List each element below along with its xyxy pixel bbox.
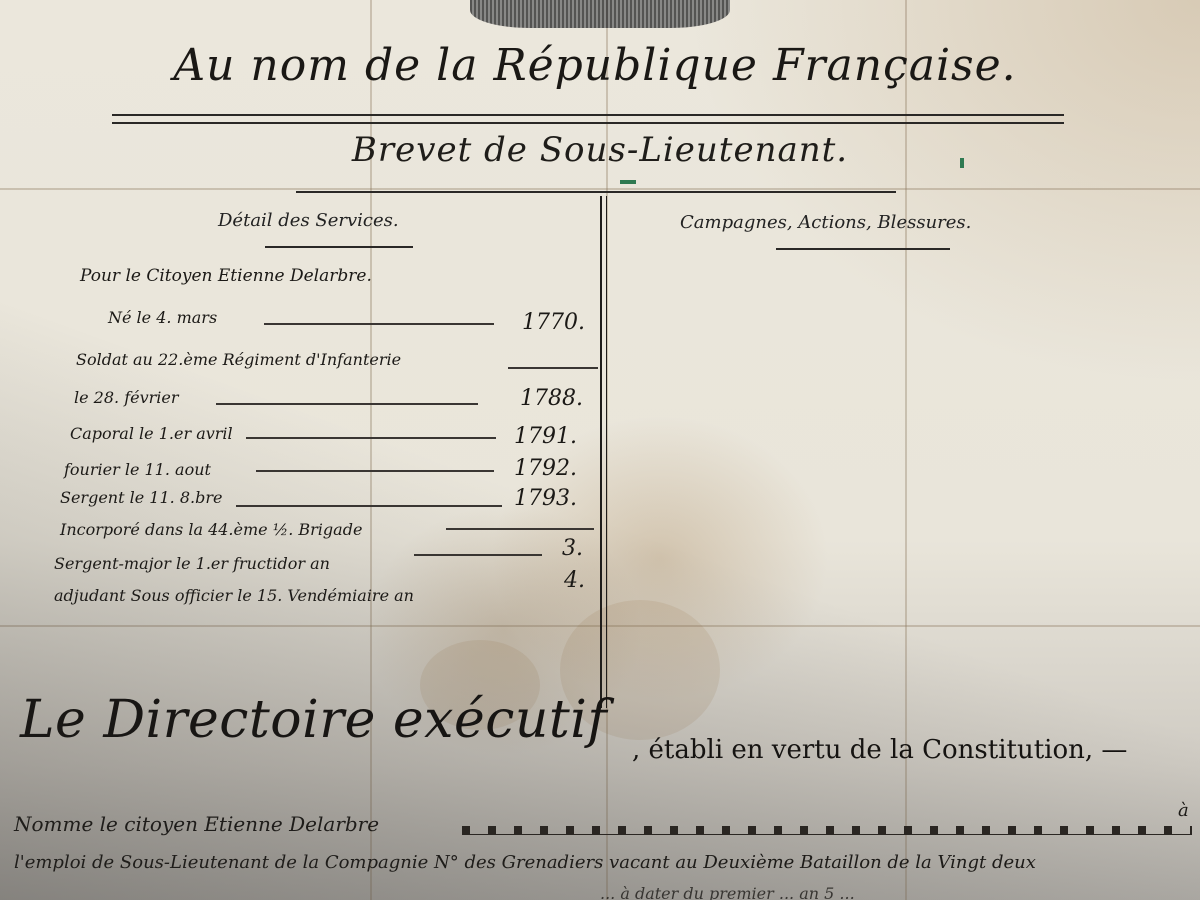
partial-line: ... à dater du premier ... an 5 ... [600, 884, 855, 900]
nomination-suffix: à [1178, 800, 1189, 821]
entry-year: 1793. [514, 486, 577, 511]
green-ink-mark [620, 180, 636, 184]
directoire-heading: Le Directoire exécutif [20, 690, 607, 750]
service-entry: le 28. février [74, 388, 179, 407]
service-entry: adjudant Sous officier le 15. Vendémiair… [54, 586, 414, 605]
subtitle-rule [296, 191, 896, 193]
title-double-rule [112, 114, 1064, 124]
document-subtitle: Brevet de Sous-Lieutenant. [290, 130, 910, 170]
entry-leader-line [236, 505, 502, 507]
service-entry: Né le 4. mars [108, 308, 217, 327]
dotted-leader-line [462, 826, 1192, 835]
service-entry: Incorporé dans la 44.ème ½. Brigade [60, 520, 362, 539]
entry-year: 1770. [522, 310, 585, 335]
entry-leader-line [414, 554, 542, 556]
paper-fold [0, 188, 1200, 190]
nomination-line: Nomme le citoyen Etienne Delarbre [14, 812, 379, 836]
service-entry: Caporal le 1.er avril [70, 424, 233, 443]
entry-year: 3. [562, 536, 583, 561]
entry-leader-line [256, 470, 494, 472]
document-title: Au nom de la République Française. [150, 40, 1040, 91]
entry-year: 1792. [514, 456, 577, 481]
service-entry: Sergent-major le 1.er fructidor an [54, 554, 330, 573]
entry-leader-line [264, 323, 494, 325]
column-divider [600, 196, 607, 708]
entry-year: 1791. [514, 424, 577, 449]
entry-leader-line [508, 367, 598, 369]
constitution-clause: , établi en vertu de la Constitution, — [632, 735, 1127, 765]
entry-year: 4. [564, 568, 585, 593]
heading-underline [776, 248, 950, 250]
recipient-line: Pour le Citoyen Etienne Delarbre. [80, 266, 372, 286]
service-entry: Soldat au 22.ème Régiment d'Infanterie [76, 350, 401, 369]
green-ink-mark [960, 158, 964, 168]
entry-year: 1788. [520, 386, 583, 411]
heading-underline [265, 246, 413, 248]
campaigns-section [612, 260, 1192, 700]
entry-leader-line [246, 437, 496, 439]
entry-leader-line [216, 403, 478, 405]
entry-leader-line [446, 528, 594, 530]
engraved-vignette-emblem [470, 0, 730, 28]
service-entry: fourier le 11. aout [64, 460, 211, 479]
campaigns-column-heading: Campagnes, Actions, Blessures. [680, 212, 971, 233]
service-entry: Sergent le 11. 8.bre [60, 488, 222, 507]
employment-line: l'emploi de Sous-Lieutenant de la Compag… [14, 852, 1036, 873]
services-column-heading: Détail des Services. [218, 210, 399, 231]
